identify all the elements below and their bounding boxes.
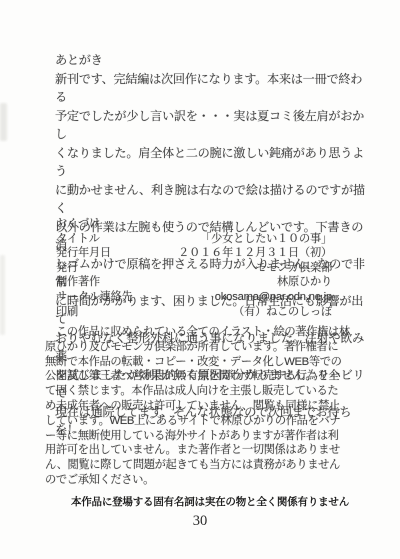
colophon-value-publisher: モモンガ倶楽部 — [255, 261, 332, 276]
colophon-row-publisher: 発行 モモンガ倶楽部 — [56, 261, 332, 276]
colophon-label: 制作著作 — [56, 275, 100, 290]
scanned-page: あとがき 新刊です、完結編は次回作になります。本来は一冊で終わる 予定でしたが少… — [0, 0, 400, 559]
colophon-label: タイトル — [56, 232, 100, 247]
colophon-label: 発行年月日 — [56, 246, 111, 261]
colophon-row-printer: 印刷 （有）ねこのしっぽ — [56, 305, 332, 320]
colophon-value-printer: （有）ねこのしっぽ — [233, 305, 332, 320]
colophon-section: おくづけ タイトル 「少女としたい１０の事」 発行年月日 ２０１６年１２月３１日… — [56, 217, 332, 319]
colophon-value-title: 「少女としたい１０の事」 — [200, 232, 332, 247]
colophon-label: 発行 — [56, 261, 78, 276]
afterword-heading: あとがき — [55, 51, 367, 70]
colophon-row-title: タイトル 「少女としたい１０の事」 — [56, 232, 332, 247]
copyright-notice: この作品に収められている全てのイラスト・絵の著作権は林 原ひかり及びモモンガ倶楽… — [45, 325, 365, 488]
proper-noun-disclaimer: 本作品に登場する固有名詞は実在の物と全く関係有りません — [30, 494, 390, 509]
colophon-label: サークル連絡先 — [56, 290, 133, 305]
colophon-row-publish-date: 発行年月日 ２０１６年１２月３１日（初） — [56, 246, 332, 261]
colophon-row-circle-contact: サークル連絡先 okosama@par.odn.ne.jp — [56, 290, 332, 305]
colophon-row-author: 制作著作 林原ひかり — [56, 275, 332, 290]
colophon-value-email: okosama@par.odn.ne.jp — [215, 290, 332, 305]
page-number: 30 — [0, 513, 400, 530]
scan-artifact — [0, 103, 7, 141]
colophon-label: 印刷 — [56, 305, 78, 320]
colophon-value-publish-date: ２０１６年１２月３１日（初） — [178, 246, 332, 261]
scan-artifact — [0, 255, 5, 335]
colophon-heading: おくづけ — [56, 217, 332, 232]
colophon-value-author: 林原ひかり — [277, 275, 332, 290]
